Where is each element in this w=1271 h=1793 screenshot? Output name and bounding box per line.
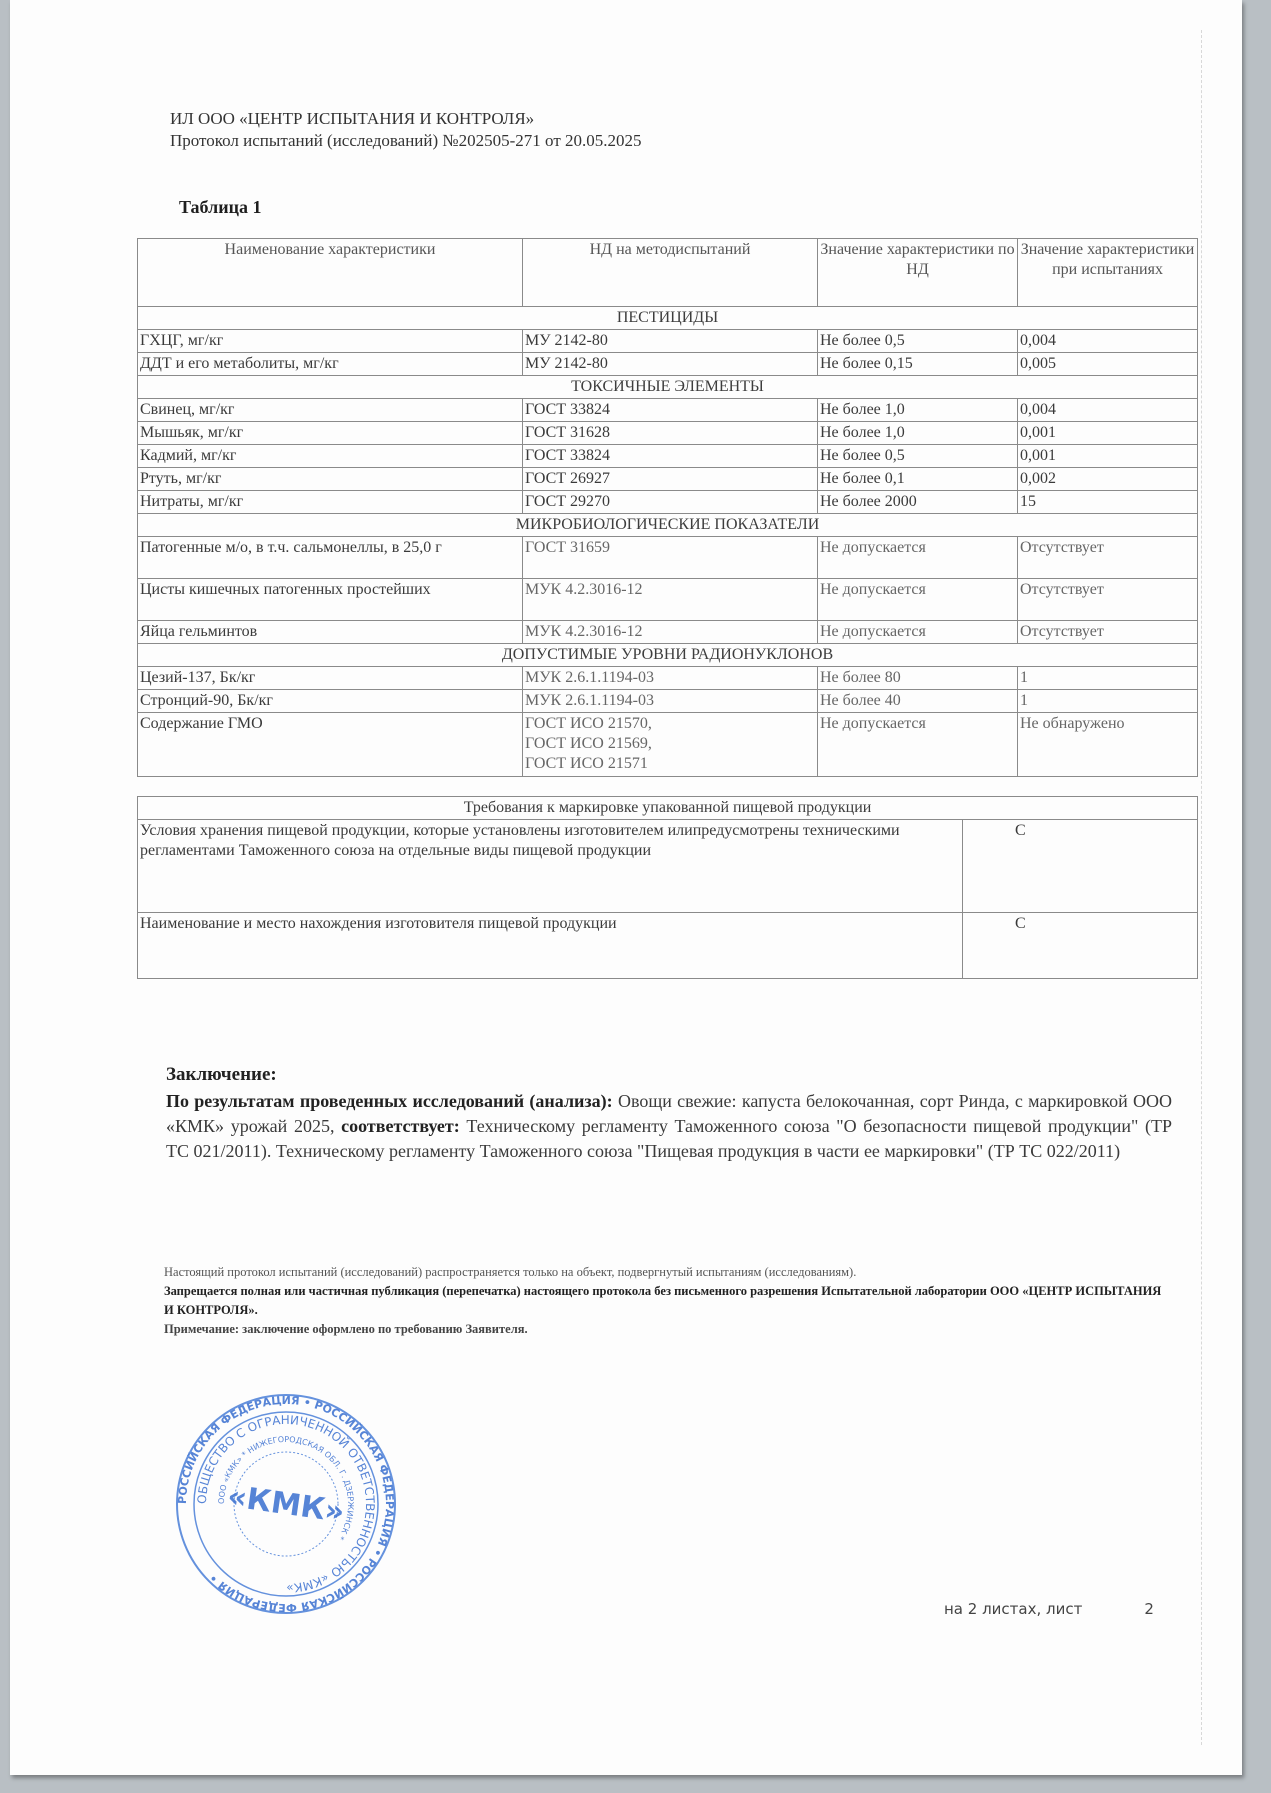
- conclusion: Заключение: По результатам проведенных и…: [166, 1062, 1172, 1164]
- section-row: МИКРОБИОЛОГИЧЕСКИЕ ПОКАЗАТЕЛИ: [138, 514, 1198, 537]
- characteristic-name: Содержание ГМО: [138, 713, 523, 777]
- test-method: МУ 2142-80: [523, 353, 818, 376]
- table-row: Цисты кишечных патогенных простейшихМУК …: [138, 579, 1198, 621]
- section-row: ДОПУСТИМЫЕ УРОВНИ РАДИОНУКЛОНОВ: [138, 644, 1198, 667]
- table-row: Содержание ГМОГОСТ ИСО 21570, ГОСТ ИСО 2…: [138, 713, 1198, 777]
- conclusion-lead: По результатам проведенных исследований …: [166, 1091, 613, 1111]
- table-header-row: Наименование характеристики НД на методи…: [138, 239, 1198, 307]
- lab-name: ИЛ ООО «ЦЕНТР ИСПЫТАНИЯ И КОНТРОЛЯ»: [170, 108, 642, 130]
- table-title: Таблица 1: [179, 197, 261, 218]
- test-result: 0,002: [1018, 468, 1198, 491]
- test-method: ГОСТ ИСО 21570, ГОСТ ИСО 21569, ГОСТ ИСО…: [523, 713, 818, 777]
- characteristic-name: Патогенные м/о, в т.ч. сальмонеллы, в 25…: [138, 537, 523, 579]
- column-header: НД на методиспытаний: [523, 239, 818, 307]
- table-row: Мышьяк, мг/кгГОСТ 31628Не более 1,00,001: [138, 422, 1198, 445]
- test-result: Отсутствует: [1018, 621, 1198, 644]
- norm-value: Не допускается: [818, 621, 1018, 644]
- norm-value: Не более 1,0: [818, 399, 1018, 422]
- characteristic-name: Яйца гельминтов: [138, 621, 523, 644]
- test-method: МУК 2.6.1.1194-03: [523, 690, 818, 713]
- norm-value: Не допускается: [818, 537, 1018, 579]
- characteristic-name: Цисты кишечных патогенных простейших: [138, 579, 523, 621]
- test-method: ГОСТ 33824: [523, 445, 818, 468]
- norm-value: Не более 0,15: [818, 353, 1018, 376]
- conclusion-title: Заключение:: [166, 1062, 1172, 1087]
- test-method: ГОСТ 31659: [523, 537, 818, 579]
- table-row: Патогенные м/о, в т.ч. сальмонеллы, в 25…: [138, 537, 1198, 579]
- table-row: ГХЦГ, мг/кгМУ 2142-80Не более 0,50,004: [138, 330, 1198, 353]
- test-result: Не обнаружено: [1018, 713, 1198, 777]
- test-method: МУК 4.2.3016-12: [523, 621, 818, 644]
- marking-requirement: Условия хранения пищевой продукции, кото…: [138, 820, 963, 913]
- protocol-notes: Настоящий протокол испытаний (исследован…: [164, 1263, 1164, 1339]
- norm-value: Не более 1,0: [818, 422, 1018, 445]
- page-number: 2: [1144, 1600, 1154, 1618]
- marking-row: Условия хранения пищевой продукции, кото…: [138, 820, 1198, 913]
- stamp-center-text: «КМК»: [225, 1479, 346, 1530]
- test-result: 0,004: [1018, 330, 1198, 353]
- test-method: МУК 4.2.3016-12: [523, 579, 818, 621]
- section-title: МИКРОБИОЛОГИЧЕСКИЕ ПОКАЗАТЕЛИ: [138, 514, 1198, 537]
- test-method: ГОСТ 33824: [523, 399, 818, 422]
- page-footer: на 2 листах, лист2: [944, 1600, 1154, 1618]
- table-row: Цезий-137, Бк/кгМУК 2.6.1.1194-03Не боле…: [138, 667, 1198, 690]
- test-result: Отсутствует: [1018, 537, 1198, 579]
- norm-value: Не более 0,5: [818, 445, 1018, 468]
- characteristic-name: ГХЦГ, мг/кг: [138, 330, 523, 353]
- section-row: ТОКСИЧНЫЕ ЭЛЕМЕНТЫ: [138, 376, 1198, 399]
- protocol-number: Протокол испытаний (исследований) №20250…: [170, 130, 642, 152]
- characteristic-name: Свинец, мг/кг: [138, 399, 523, 422]
- test-result: 1: [1018, 667, 1198, 690]
- characteristic-name: Кадмий, мг/кг: [138, 445, 523, 468]
- norm-value: Не допускается: [818, 713, 1018, 777]
- column-header: Значение характеристики при испытаниях: [1018, 239, 1198, 307]
- table-row: Нитраты, мг/кгГОСТ 29270Не более 200015: [138, 491, 1198, 514]
- section-row: Требования к маркировке упакованной пище…: [138, 797, 1198, 820]
- characteristic-name: Ртуть, мг/кг: [138, 468, 523, 491]
- test-result: 0,001: [1018, 445, 1198, 468]
- table-row: Кадмий, мг/кгГОСТ 33824Не более 0,50,001: [138, 445, 1198, 468]
- test-result: 1: [1018, 690, 1198, 713]
- test-result: 0,001: [1018, 422, 1198, 445]
- note-scope: Настоящий протокол испытаний (исследован…: [164, 1263, 1164, 1282]
- scan-edge-line: [1201, 30, 1202, 1745]
- norm-value: Не более 80: [818, 667, 1018, 690]
- norm-value: Не более 40: [818, 690, 1018, 713]
- test-method: ГОСТ 26927: [523, 468, 818, 491]
- test-result: 0,004: [1018, 399, 1198, 422]
- characteristic-name: Цезий-137, Бк/кг: [138, 667, 523, 690]
- section-title: ДОПУСТИМЫЕ УРОВНИ РАДИОНУКЛОНОВ: [138, 644, 1198, 667]
- column-header: Значение характеристики по НД: [818, 239, 1018, 307]
- marking-result: С: [963, 820, 1198, 913]
- table-row: Стронций-90, Бк/кгМУК 2.6.1.1194-03Не бо…: [138, 690, 1198, 713]
- test-method: ГОСТ 31628: [523, 422, 818, 445]
- conclusion-text: По результатам проведенных исследований …: [166, 1089, 1172, 1164]
- test-result: Отсутствует: [1018, 579, 1198, 621]
- norm-value: Не более 0,5: [818, 330, 1018, 353]
- document-header: ИЛ ООО «ЦЕНТР ИСПЫТАНИЯ И КОНТРОЛЯ» Прот…: [170, 108, 642, 152]
- marking-requirement: Наименование и место нахождения изготови…: [138, 913, 963, 979]
- table-row: Свинец, мг/кгГОСТ 33824Не более 1,00,004: [138, 399, 1198, 422]
- norm-value: Не более 0,1: [818, 468, 1018, 491]
- pages-label: на 2 листах, лист: [944, 1600, 1082, 1618]
- test-method: ГОСТ 29270: [523, 491, 818, 514]
- test-method: МУ 2142-80: [523, 330, 818, 353]
- marking-result: С: [963, 913, 1198, 979]
- test-result: 0,005: [1018, 353, 1198, 376]
- company-stamp: РОССИЙСКАЯ ФЕДЕРАЦИЯ • РОССИЙСКАЯ ФЕДЕРА…: [168, 1392, 404, 1616]
- norm-value: Не допускается: [818, 579, 1018, 621]
- test-method: МУК 2.6.1.1194-03: [523, 667, 818, 690]
- test-result: 15: [1018, 491, 1198, 514]
- characteristic-name: Мышьяк, мг/кг: [138, 422, 523, 445]
- section-title: ПЕСТИЦИДЫ: [138, 307, 1198, 330]
- table-row: ДДТ и его метаболиты, мг/кгМУ 2142-80Не …: [138, 353, 1198, 376]
- conclusion-verdict: соответствует:: [341, 1116, 460, 1136]
- table-row: Ртуть, мг/кгГОСТ 26927Не более 0,10,002: [138, 468, 1198, 491]
- norm-value: Не более 2000: [818, 491, 1018, 514]
- section-title: ТОКСИЧНЫЕ ЭЛЕМЕНТЫ: [138, 376, 1198, 399]
- marking-row: Наименование и место нахождения изготови…: [138, 913, 1198, 979]
- section-row: ПЕСТИЦИДЫ: [138, 307, 1198, 330]
- characteristic-name: ДДТ и его метаболиты, мг/кг: [138, 353, 523, 376]
- results-table: Наименование характеристики НД на методи…: [137, 238, 1198, 777]
- characteristic-name: Стронций-90, Бк/кг: [138, 690, 523, 713]
- note-remark: Примечание: заключение оформлено по треб…: [164, 1320, 1164, 1339]
- table-row: Яйца гельминтовМУК 4.2.3016-12Не допуска…: [138, 621, 1198, 644]
- section-title: Требования к маркировке упакованной пище…: [138, 797, 1198, 820]
- column-header: Наименование характеристики: [138, 239, 523, 307]
- characteristic-name: Нитраты, мг/кг: [138, 491, 523, 514]
- note-prohibition: Запрещается полная или частичная публика…: [164, 1282, 1164, 1320]
- marking-table: Требования к маркировке упакованной пище…: [137, 796, 1198, 979]
